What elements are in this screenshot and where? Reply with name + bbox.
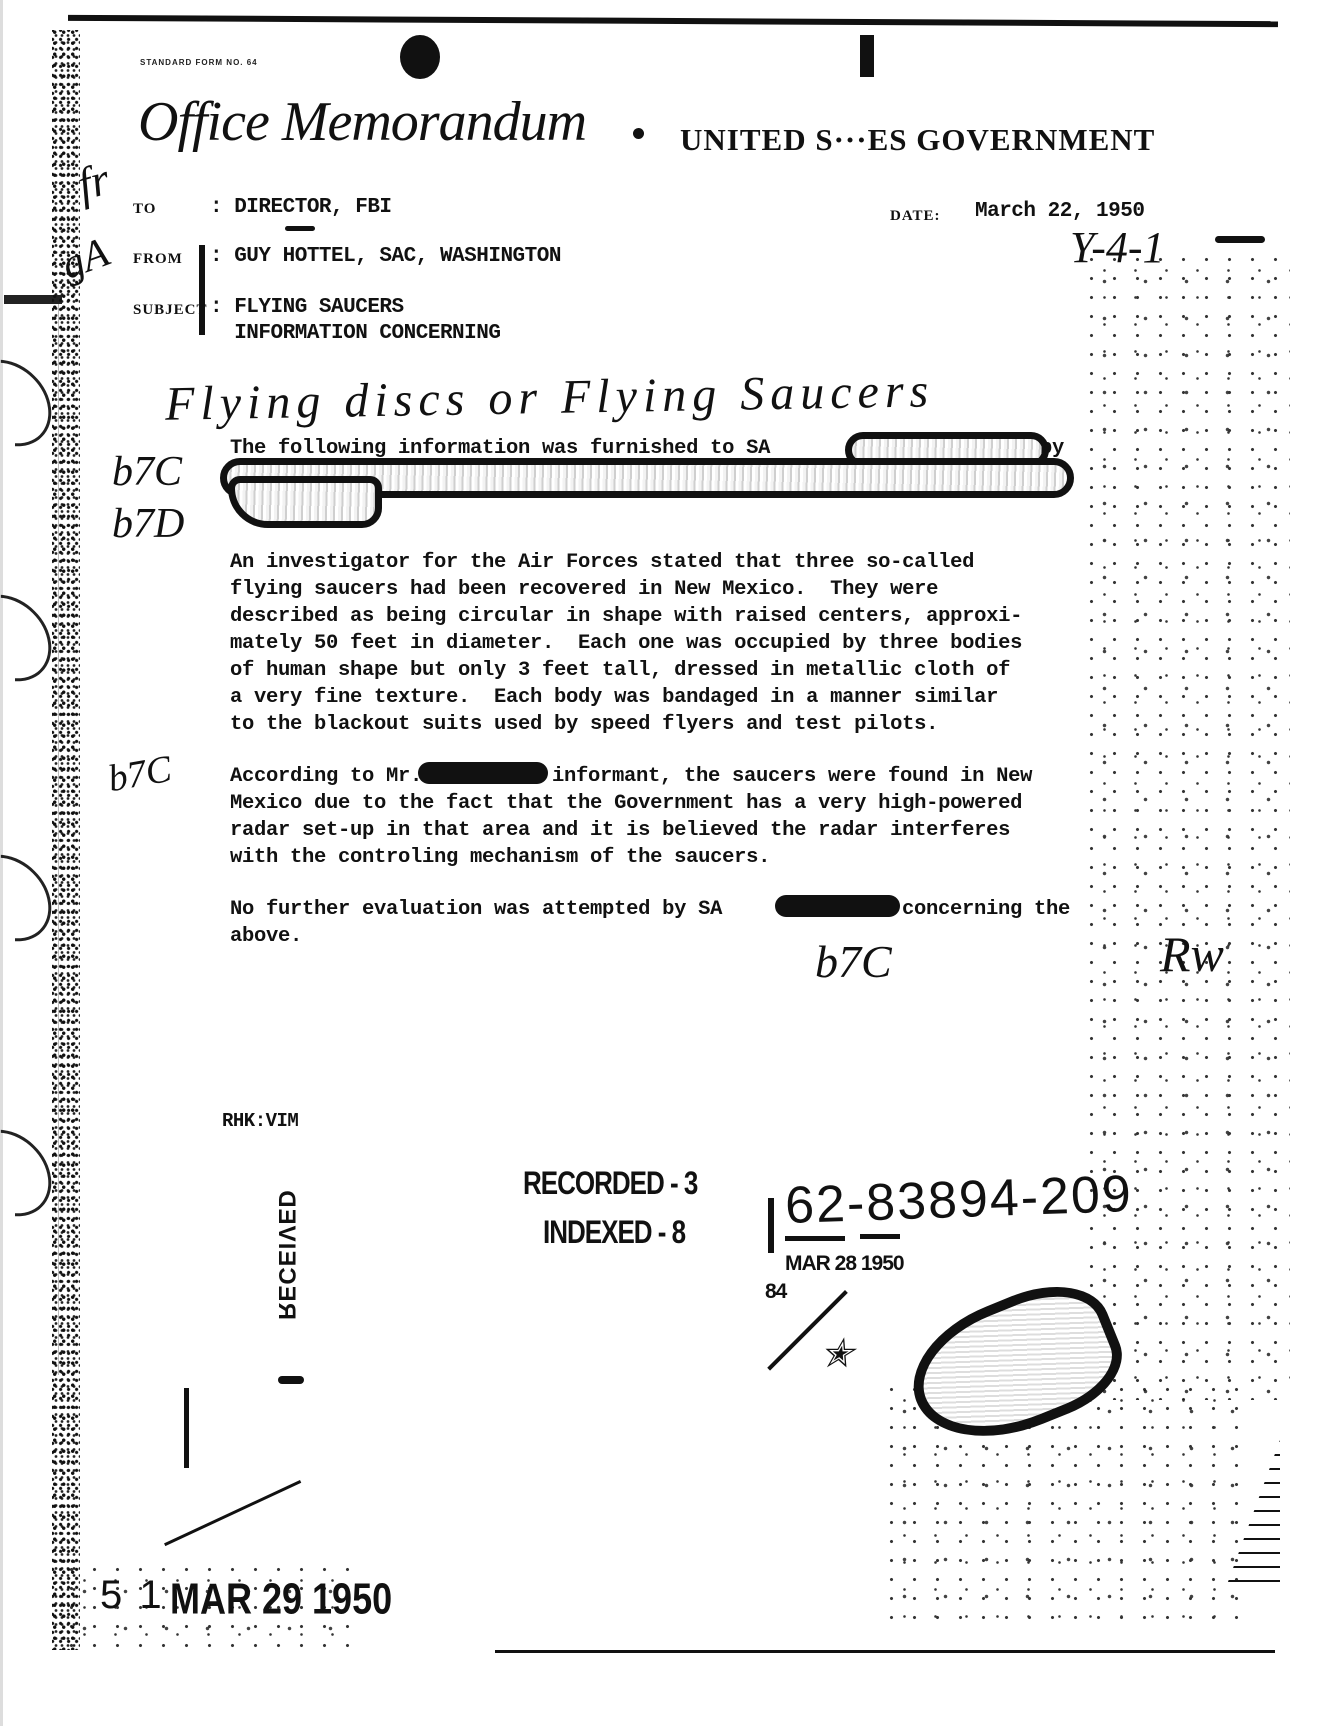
paragraph-1-line: described as being circular in shape wit… bbox=[230, 605, 1022, 628]
subject-label: SUBJECT bbox=[133, 302, 208, 319]
ink-vertical bbox=[184, 1388, 189, 1468]
bottom-date-stamp: MAR 29 1950 bbox=[170, 1574, 392, 1624]
indexed-stamp: INDEXED - 8 bbox=[543, 1213, 685, 1252]
form-number: STANDARD FORM NO. 64 bbox=[140, 58, 258, 67]
intro-text: The following information was furnished … bbox=[230, 437, 770, 460]
ink-dash bbox=[278, 1376, 304, 1384]
signature-scribble: ✭ bbox=[820, 1330, 854, 1377]
memo-title: Office Memorandum bbox=[138, 90, 586, 154]
paragraph-3-line2: above. bbox=[230, 925, 302, 948]
staple-mark-icon bbox=[860, 35, 874, 77]
paragraph-1-line: a very fine texture. Each body was banda… bbox=[230, 686, 998, 709]
file-date-stamp: MAR 28 1950 bbox=[785, 1252, 904, 1276]
paragraph-2-line: with the controling mechanism of the sau… bbox=[230, 846, 770, 869]
scan-noise-right bbox=[1080, 250, 1290, 1400]
underline-mark bbox=[285, 226, 315, 231]
reference-initials: RHK:VIM bbox=[222, 1110, 298, 1132]
punch-mark-icon bbox=[400, 35, 440, 79]
paragraph-1-line: An investigator for the Air Forces state… bbox=[230, 551, 974, 574]
handwritten-heading: Flying discs or Flying Saucers bbox=[165, 363, 935, 431]
paragraph-2-line1: informant, the saucers were found in New bbox=[552, 765, 1032, 788]
paragraph-2-line: Mexico due to the fact that the Governme… bbox=[230, 792, 1022, 815]
date-value: March 22, 1950 bbox=[975, 200, 1144, 223]
margin-code-b7c: b7C bbox=[112, 448, 182, 496]
end-code-b7c: b7C bbox=[815, 935, 892, 988]
received-stamp: RECEIVED bbox=[272, 1189, 300, 1320]
title-bullet-icon bbox=[633, 128, 644, 139]
from-value: : GUY HOTTEL, SAC, WASHINGTON bbox=[210, 245, 561, 268]
file-underline bbox=[860, 1234, 900, 1239]
intro-by: by bbox=[1040, 437, 1064, 460]
agency-name: UNITED S···ES GOVERNMENT bbox=[680, 122, 1155, 158]
recorded-stamp: RECORDED - 3 bbox=[523, 1164, 697, 1203]
date-handwritten-note: Y-4-1 bbox=[1070, 222, 1165, 273]
paragraph-3-lead: No further evaluation was attempted by S… bbox=[230, 898, 722, 921]
paragraph-2-lead: According to Mr. bbox=[230, 765, 422, 788]
to-label: TO bbox=[133, 201, 156, 218]
end-initials: Rw bbox=[1160, 925, 1224, 983]
paragraph-3-after: concerning the bbox=[902, 898, 1070, 921]
binder-strip bbox=[0, 295, 59, 1375]
paragraph-2-line: radar set-up in that area and it is beli… bbox=[230, 819, 1010, 842]
file-number: 62-83894-209 bbox=[784, 1164, 1134, 1236]
redaction-agent bbox=[775, 895, 900, 917]
redaction-block-tail bbox=[228, 476, 382, 528]
redaction-informant bbox=[418, 762, 548, 784]
subject-line-2: INFORMATION CONCERNING bbox=[210, 322, 500, 345]
page-top-edge bbox=[68, 15, 1278, 27]
bottom-rule bbox=[495, 1650, 1275, 1653]
margin-code-para2: b7C bbox=[105, 747, 175, 801]
paragraph-1-line: flying saucers had been recovered in New… bbox=[230, 578, 938, 601]
pen-stroke bbox=[164, 1480, 301, 1546]
dash-mark bbox=[1215, 236, 1265, 243]
file-underline bbox=[785, 1236, 845, 1241]
to-value: : DIRECTOR, FBI bbox=[210, 196, 392, 219]
paragraph-1-line: to the blackout suits used by speed flye… bbox=[230, 713, 938, 736]
file-number-bar bbox=[768, 1198, 774, 1253]
bottom-stamp-prefix: 5 1 bbox=[100, 1573, 165, 1618]
header-vertical-mark bbox=[199, 245, 205, 335]
margin-code-b7d: b7D bbox=[112, 500, 184, 548]
from-label: FROM bbox=[133, 251, 183, 268]
stamp-code: 84 bbox=[765, 1280, 786, 1304]
paragraph-1-line: of human shape but only 3 feet tall, dre… bbox=[230, 659, 1010, 682]
subject-line-1: : FLYING SAUCERS bbox=[210, 296, 404, 319]
paragraph-1-line: mately 50 feet in diameter. Each one was… bbox=[230, 632, 1022, 655]
date-label: DATE: bbox=[890, 208, 941, 225]
